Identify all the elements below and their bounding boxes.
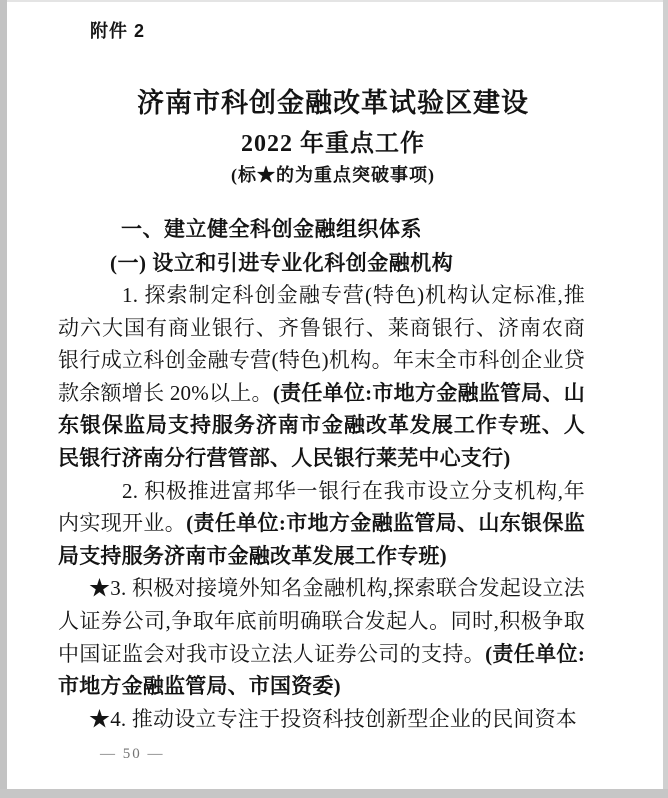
subsection-heading: (一) 设立和引进专业化科创金融机构 bbox=[58, 248, 585, 278]
scan-edge-bottom bbox=[0, 789, 668, 798]
section-heading: 一、建立健全科创金融组织体系 bbox=[58, 215, 585, 245]
work-items: 1. 探索制定科创金融专营(特色)机构认定标准,推动六大国有商业银行、齐鲁银行、… bbox=[58, 279, 585, 735]
scanned-document-page: 附件 2 济南市科创金融改革试验区建设 2022 年重点工作 (标★的为重点突破… bbox=[0, 0, 668, 798]
page-number: — 50 — bbox=[100, 744, 165, 764]
work-item-3: ★3. 积极对接境外知名金融机构,探索联合发起设立法人证券公司,争取年底前明确联… bbox=[58, 572, 585, 702]
document-title-line2: 2022 年重点工作 bbox=[58, 128, 608, 160]
work-item-1: 1. 探索制定科创金融专营(特色)机构认定标准,推动六大国有商业银行、齐鲁银行、… bbox=[58, 279, 585, 475]
scan-edge-left bbox=[0, 0, 7, 798]
work-item-4: ★4. 推动设立专注于投资科技创新型企业的民间资本 bbox=[58, 703, 585, 736]
work-item-2: 2. 积极推进富邦华一银行在我市设立分支机构,年内实现开业。(责任单位:市地方金… bbox=[58, 475, 585, 573]
document-body: 附件 2 济南市科创金融改革试验区建设 2022 年重点工作 (标★的为重点突破… bbox=[58, 0, 585, 735]
document-title-line1: 济南市科创金融改革试验区建设 bbox=[58, 85, 608, 121]
work-item-4-text: ★4. 推动设立专注于投资科技创新型企业的民间资本 bbox=[89, 707, 577, 731]
annex-label: 附件 2 bbox=[90, 20, 585, 42]
document-subtitle-note: (标★的为重点突破事项) bbox=[58, 163, 608, 187]
scan-edge-right bbox=[663, 0, 668, 798]
title-block: 济南市科创金融改革试验区建设 2022 年重点工作 (标★的为重点突破事项) bbox=[58, 85, 608, 187]
